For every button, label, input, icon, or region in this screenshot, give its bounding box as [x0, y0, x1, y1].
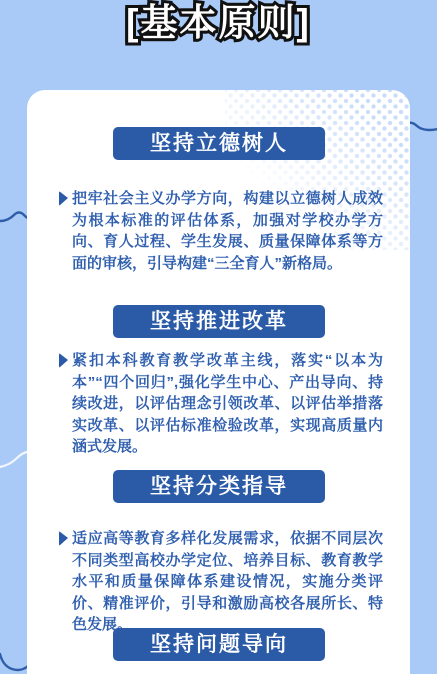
section-2-header-label: 坚持推进改革 — [150, 310, 288, 333]
section-1-body-text: 把牢社会主义办学方向，构建以立德树人成效为根本标准的评估体系，加强对学校办学方向… — [72, 188, 383, 274]
page-title-text: [基本原则] — [0, 0, 437, 49]
section-3-body-text: 适应高等教育多样化发展需求，依据不同层次不同类型高校办学定位、培养目标、教育教学… — [72, 528, 383, 636]
wavy-line-icon — [0, 449, 28, 471]
section-2-header: 坚持推进改革 — [113, 305, 325, 338]
section-4-header-label: 坚持问题导向 — [150, 633, 288, 656]
section-2-body-text: 紧扣本科教育教学改革主线，落实“以本为本”“四个回归”,强化学生中心、产出导向、… — [72, 350, 383, 458]
play-triangle-icon — [59, 353, 72, 368]
content-card: 坚持立德树人 把牢社会主义办学方向，构建以立德树人成效为根本标准的评估体系，加强… — [27, 90, 410, 674]
section-3-header: 坚持分类指导 — [113, 470, 325, 503]
infographic-page: [基本原则] [基本原则] 坚持立德树人 把牢社会主义办学方向，构建以立德树人成… — [0, 0, 437, 674]
wavy-line-icon — [0, 650, 30, 674]
wavy-line-icon — [0, 206, 30, 228]
play-triangle-icon — [59, 531, 72, 546]
section-1-body: 把牢社会主义办学方向，构建以立德树人成效为根本标准的评估体系，加强对学校办学方向… — [59, 188, 383, 274]
play-triangle-icon — [59, 191, 72, 206]
section-4-header: 坚持问题导向 — [113, 628, 325, 661]
section-1-header-label: 坚持立德树人 — [150, 132, 288, 155]
section-1-header: 坚持立德树人 — [113, 127, 325, 160]
section-3-body: 适应高等教育多样化发展需求，依据不同层次不同类型高校办学定位、培养目标、教育教学… — [59, 528, 383, 636]
page-title: [基本原则] [基本原则] — [0, 0, 437, 49]
section-3-header-label: 坚持分类指导 — [150, 475, 288, 498]
section-2-body: 紧扣本科教育教学改革主线，落实“以本为本”“四个回归”,强化学生中心、产出导向、… — [59, 350, 383, 458]
